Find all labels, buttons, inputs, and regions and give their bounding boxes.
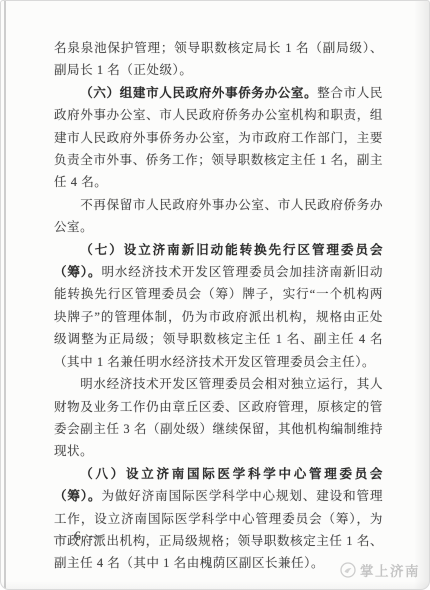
paragraph-text: 明水经济技术开发区管理委员会加挂济南新旧动能转换先行区管理委员会（筹）牌子，实行… — [54, 265, 383, 369]
paragraph-section-6: （六）组建市人民政府外事侨务办公室。整合市人民政府外事办公室、市人民政府侨务办公… — [54, 82, 383, 194]
page-bottom-edge-shade — [1, 581, 429, 589]
page-number: — 6 — — [54, 525, 104, 547]
page-right-edge-shade — [414, 1, 429, 589]
paragraph-text: 不再保留市人民政府外事办公室、市人民政府侨务办公室。 — [54, 198, 383, 234]
paragraph-text: 整合市人民政府外事办公室、市人民政府侨务办公室机构和职责，组建市人民政府外事侨务… — [54, 86, 383, 190]
zhangshang-jinan-logo-icon — [340, 562, 356, 578]
paragraph-text: 名泉泉池保护管理；领导职数核定局长 1 名（副局级）、副局长 1 名（正处级）。 — [54, 41, 383, 77]
scanned-document-page: 名泉泉池保护管理；领导职数核定局长 1 名（副局级）、副局长 1 名（正处级）。… — [0, 0, 430, 590]
paragraph-continuation: 名泉泉池保护管理；领导职数核定局长 1 名（副局级）、副局长 1 名（正处级）。 — [54, 37, 383, 82]
paragraph-mingshui-zone: 明水经济技术开发区管理委员会相对独立运行，其人财物及业务工作仍由章丘区委、区政府… — [54, 373, 383, 463]
paragraph-section-8: （八）设立济南国际医学科学中心管理委员会（筹）。为做好济南国际医学科学中心规划、… — [54, 463, 383, 575]
page-left-edge-line — [4, 1, 6, 589]
watermark: 掌上济南 — [340, 560, 420, 580]
paragraph-abolish-offices: 不再保留市人民政府外事办公室、市人民政府侨务办公室。 — [54, 194, 383, 239]
watermark-label: 掌上济南 — [360, 560, 420, 580]
document-body: 名泉泉池保护管理；领导职数核定局长 1 名（副局级）、副局长 1 名（正处级）。… — [54, 37, 383, 575]
paragraph-text: 明水经济技术开发区管理委员会相对独立运行，其人财物及业务工作仍由章丘区委、区政府… — [54, 377, 383, 458]
section-6-heading: （六）组建市人民政府外事侨务办公室。 — [80, 86, 317, 100]
paragraph-section-7: （七）设立济南新旧动能转换先行区管理委员会（筹）。明水经济技术开发区管理委员会加… — [54, 239, 383, 373]
